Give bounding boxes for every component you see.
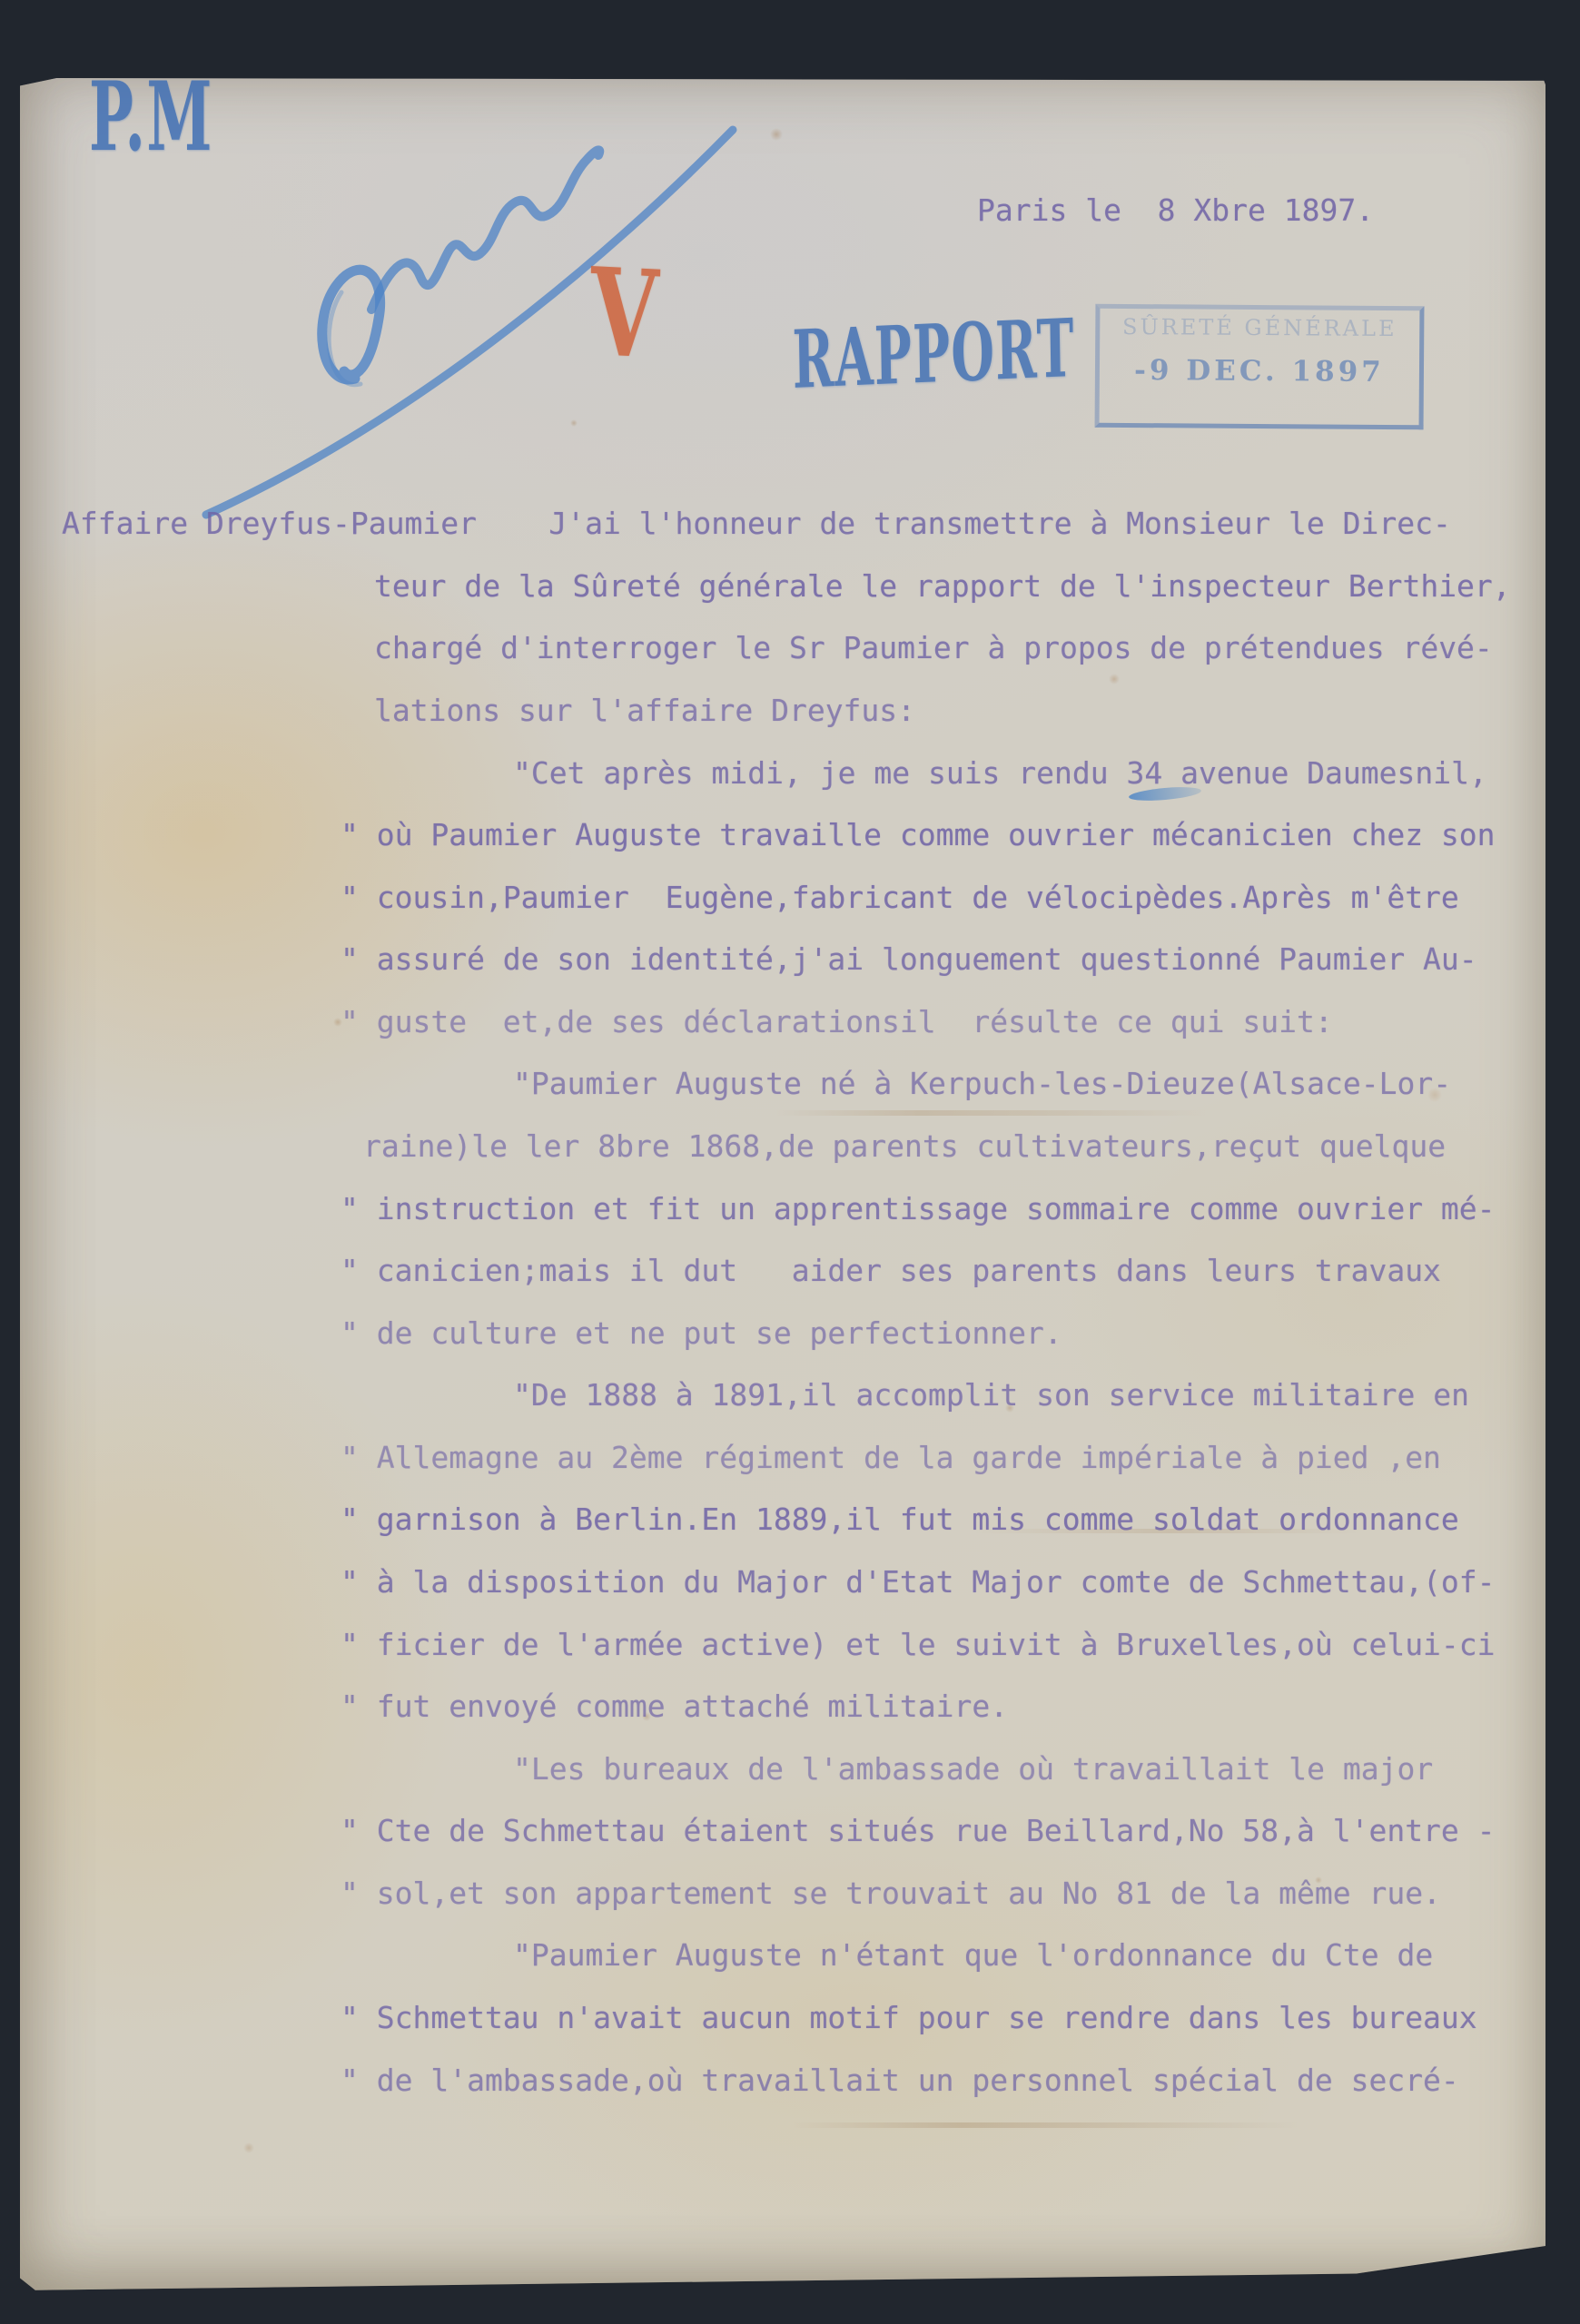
red-check-mark: V	[589, 252, 660, 377]
receipt-stamp-office: SÛRETÉ GÉNÉRALE	[1122, 314, 1397, 341]
document-line: " cousin,Paumier Eugène,fabricant de vél…	[341, 880, 1459, 916]
receipt-stamp: SÛRETÉ GÉNÉRALE -9 DEC. 1897	[1095, 304, 1425, 430]
receipt-stamp-date: -9 DEC. 1897	[1134, 354, 1385, 389]
document-line: " Schmettau n'avait aucun motif pour se …	[341, 2000, 1477, 2036]
pm-stamp: P.M	[89, 69, 213, 164]
document-line: " sol,et son appartement se trouvait au …	[341, 1876, 1441, 1912]
document-line: " guste et,de ses déclarationsil résulte…	[341, 1004, 1333, 1040]
document-line: " à la disposition du Major d'Etat Major…	[341, 1564, 1496, 1600]
scanned-document-page: P.M V Paris le 8 Xbre 1897. RAPPORT SÛRE…	[0, 0, 1580, 2324]
document-line: " de culture et ne put se perfectionner.	[341, 1315, 1062, 1352]
document-line: "Paumier Auguste n'étant que l'ordonnanc…	[513, 1937, 1433, 1974]
document-line: "De 1888 à 1891,il accomplit son service…	[513, 1377, 1469, 1413]
document-line: "Les bureaux de l'ambassade où travailla…	[513, 1751, 1433, 1787]
paper-crease	[792, 2122, 1300, 2128]
document-line: " garnison à Berlin.En 1889,il fut mis c…	[341, 1502, 1459, 1538]
document-line: " canicien;mais il dut aider ses parents…	[341, 1253, 1441, 1289]
document-line: "Cet après midi, je me suis rendu 34 ave…	[513, 755, 1487, 792]
paper-crease	[774, 1110, 1210, 1116]
document-line: " Allemagne au 2ème régiment de la garde…	[341, 1440, 1441, 1476]
document-line: lations sur l'affaire Dreyfus:	[374, 693, 915, 729]
rapport-stamp: RAPPORT	[792, 308, 1075, 399]
document-line: teur de la Sûreté générale le rapport de…	[374, 568, 1511, 605]
document-line: Affaire Dreyfus-Paumier J'ai l'honneur d…	[62, 506, 1451, 542]
document-line: " où Paumier Auguste travaille comme ouv…	[341, 817, 1496, 853]
document-line: raine)le ler 8bre 1868,de parents cultiv…	[363, 1128, 1446, 1165]
document-line: " assuré de son identité,j'ai longuement…	[341, 941, 1477, 978]
document-line: "Paumier Auguste né à Kerpuch-les-Dieuze…	[513, 1066, 1451, 1102]
document-line: " instruction et fit un apprentissage so…	[341, 1191, 1496, 1227]
document-line: " ficier de l'armée active) et le suivit…	[341, 1627, 1496, 1663]
document-line: " Cte de Schmettau étaient situés rue Be…	[341, 1813, 1496, 1849]
document-line: " de l'ambassade,où travaillait un perso…	[341, 2063, 1459, 2099]
date-line: Paris le 8 Xbre 1897.	[977, 192, 1374, 228]
document-line: " fut envoyé comme attaché militaire.	[341, 1689, 1008, 1725]
document-line: chargé d'interroger le Sr Paumier à prop…	[374, 630, 1493, 666]
